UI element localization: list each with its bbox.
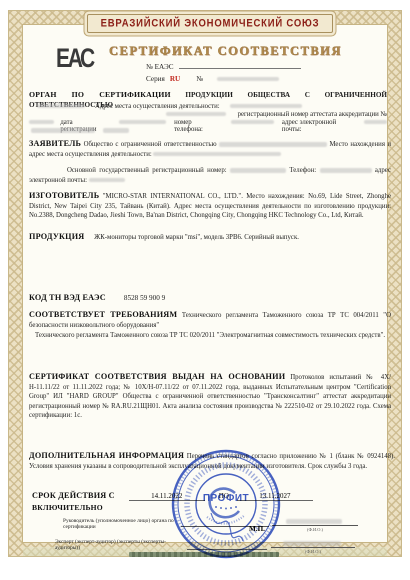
redacted-text bbox=[31, 128, 95, 133]
certificate-sheet: ЕВРАЗИЙСКИЙ ЭКОНОМИЧЕСКИЙ СОЮЗ ЕАС СЕРТИ… bbox=[8, 10, 402, 557]
conformity-label: СООТВЕТСТВУЕТ ТРЕБОВАНИЯМ bbox=[29, 310, 177, 319]
conformity-line2: Технического регламента Таможенного союз… bbox=[35, 331, 391, 341]
redacted-text bbox=[219, 142, 327, 147]
number-blank-line bbox=[179, 61, 301, 69]
org-label: ОРГАН ПО СЕРТИФИКАЦИИ bbox=[29, 90, 171, 99]
redacted-text bbox=[230, 104, 302, 109]
banner-text: ЕВРАЗИЙСКИЙ ЭКОНОМИЧЕСКИЙ СОЮЗ bbox=[101, 17, 320, 30]
validity-inclusive: ВКЛЮЧИТЕЛЬНО bbox=[32, 503, 103, 512]
redacted-text bbox=[286, 519, 342, 524]
redacted-text bbox=[89, 178, 125, 183]
validity-label: СРОК ДЕЙСТВИЯ С bbox=[32, 491, 115, 500]
signature-head-fio-block: (Ф.И.О.) bbox=[272, 517, 358, 532]
series-line: Серия RU № bbox=[146, 75, 279, 83]
org-phone-label: номер телефона: bbox=[174, 119, 221, 133]
applicant-text: Общество с ограниченной ответственностью bbox=[84, 141, 217, 148]
redacted-text bbox=[103, 128, 129, 133]
redacted-text bbox=[29, 120, 54, 125]
additional-label: ДОПОЛНИТЕЛЬНАЯ ИНФОРМАЦИЯ bbox=[29, 451, 184, 460]
product-label: ПРОДУКЦИЯ bbox=[29, 232, 84, 241]
fio-label: (Ф.И.О.) bbox=[272, 527, 358, 532]
org-email-label: адрес электронной почты: bbox=[282, 119, 356, 133]
stamp-center-text: ПРОФИТ bbox=[203, 493, 249, 504]
fio-label: (Ф.И.О.) bbox=[271, 549, 355, 554]
applicant-phone-label: Телефон: bbox=[289, 167, 316, 174]
org-address-line: Адрес места осуществления деятельности: bbox=[29, 103, 387, 110]
tnved-value: 8528 59 900 9 bbox=[124, 294, 165, 302]
redacted-text bbox=[320, 168, 372, 173]
redacted-text bbox=[230, 168, 286, 173]
redacted-text bbox=[166, 112, 226, 117]
applicant-label: ЗАЯВИТЕЛЬ bbox=[29, 139, 81, 148]
stamp-graphic: ПРОФИТ bbox=[169, 447, 283, 561]
org-accreditation-line: регистрационный номер аттестата аккредит… bbox=[29, 111, 387, 118]
org-extra-redactions bbox=[31, 128, 129, 133]
redacted-text bbox=[217, 77, 279, 82]
redacted-text bbox=[283, 541, 341, 546]
banner-eurasian-union: ЕВРАЗИЙСКИЙ ЭКОНОМИЧЕСКИЙ СОЮЗ bbox=[87, 14, 333, 33]
signature-head-label: Руководитель (уполномоченное лицо) орган… bbox=[63, 518, 175, 531]
basis-label: СЕРТИФИКАТ СООТВЕТСТВИЯ ВЫДАН НА ОСНОВАН… bbox=[29, 372, 285, 381]
manufacturer-label: ИЗГОТОВИТЕЛЬ bbox=[29, 191, 99, 200]
org-reg-label: регистрационный номер аттестата аккредит… bbox=[238, 111, 387, 118]
section-manufacturer: ИЗГОТОВИТЕЛЬ "MICRO-STAR INTERNATIONAL C… bbox=[29, 191, 391, 221]
signature-expert-fio-block: (Ф.И.О.) bbox=[271, 539, 355, 554]
signature-expert-label: Эксперт (эксперт-аудитор) (эксперты (экс… bbox=[55, 539, 183, 552]
certificate-number-line: № ЕАЭС bbox=[146, 61, 301, 71]
redacted-text bbox=[231, 120, 274, 125]
redacted-text bbox=[364, 120, 387, 125]
eac-logo: ЕАС bbox=[56, 43, 93, 74]
redacted-text bbox=[153, 152, 281, 157]
tnved-label: КОД ТН ВЭД ЕАЭС bbox=[29, 293, 106, 302]
section-tnved-code: КОД ТН ВЭД ЕАЭС 8528 59 900 9 bbox=[29, 293, 165, 302]
certificate-title: СЕРТИФИКАТ СООТВЕТСТВИЯ bbox=[109, 44, 314, 59]
section-product: ПРОДУКЦИЯ ЖК-мониторы торговой марки "ms… bbox=[29, 232, 391, 243]
redacted-text bbox=[37, 104, 85, 109]
applicant-ogrn-line: Основной государственный регистрационный… bbox=[29, 166, 391, 185]
section-applicant: ЗАЯВИТЕЛЬ Общество с ограниченной ответс… bbox=[29, 139, 391, 159]
redacted-text bbox=[119, 120, 166, 125]
series-country: RU bbox=[170, 75, 180, 83]
number-label: № ЕАЭС bbox=[146, 63, 174, 71]
round-stamp: ПРОФИТ bbox=[169, 447, 283, 561]
signature-fio-line bbox=[271, 539, 355, 548]
applicant-ogrn-label: Основной государственный регистрационный… bbox=[67, 167, 227, 174]
series-number-sign: № bbox=[196, 75, 203, 83]
org-address-label: Адрес места осуществления деятельности: bbox=[95, 103, 220, 110]
product-text: ЖК-мониторы торговой марки "msi", модель… bbox=[94, 234, 299, 241]
section-conformity: СООТВЕТСТВУЕТ ТРЕБОВАНИЯМ Технического р… bbox=[29, 310, 391, 330]
series-label: Серия bbox=[146, 75, 165, 83]
section-basis: СЕРТИФИКАТ СООТВЕТСТВИЯ ВЫДАН НА ОСНОВАН… bbox=[29, 372, 391, 421]
signature-fio-line bbox=[272, 517, 358, 526]
